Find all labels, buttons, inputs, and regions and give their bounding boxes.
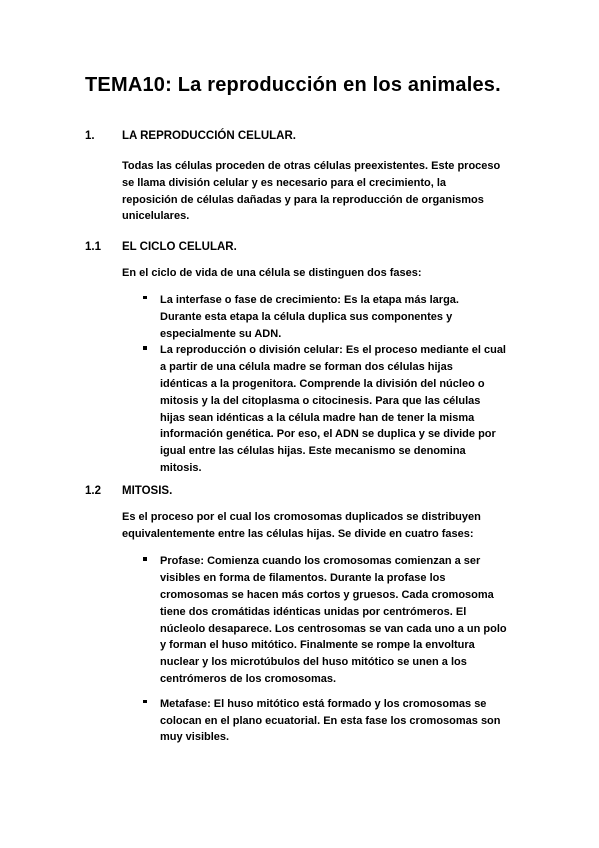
bullet-square-icon bbox=[143, 292, 160, 300]
list-item: Metafase: El huso mitótico está formado … bbox=[143, 696, 571, 746]
bullet-square-icon bbox=[143, 553, 160, 561]
bullet-list-ciclo-celular: La interfase o fase de crecimiento: Es l… bbox=[143, 292, 571, 477]
section-heading-row: 1.1 EL CICLO CELULAR. bbox=[85, 239, 571, 256]
bullet-list-mitosis: Profase: Comienza cuando los cromosomas … bbox=[143, 553, 571, 746]
bullet-text: Metafase: El huso mitótico está formado … bbox=[160, 696, 501, 746]
section-heading-row: 1.2 MITOSIS. bbox=[85, 483, 571, 500]
section-la-reproduccion-celular: 1. LA REPRODUCCIÓN CELULAR. Todas las cé… bbox=[85, 128, 571, 225]
section-paragraph: Todas las células proceden de otras célu… bbox=[122, 158, 571, 225]
section-number: 1. bbox=[85, 128, 122, 145]
bullet-text: La interfase o fase de crecimiento: Es l… bbox=[160, 292, 459, 342]
bullet-text: La reproducción o división celular: Es e… bbox=[160, 342, 506, 476]
section-mitosis: 1.2 MITOSIS. Es el proceso por el cual l… bbox=[85, 483, 571, 746]
section-heading-row: 1. LA REPRODUCCIÓN CELULAR. bbox=[85, 128, 571, 145]
document-title: TEMA10: La reproducción en los animales. bbox=[85, 72, 571, 99]
list-item: Profase: Comienza cuando los cromosomas … bbox=[143, 553, 571, 687]
section-number: 1.1 bbox=[85, 239, 122, 256]
bullet-square-icon bbox=[143, 696, 160, 704]
document-page: TEMA10: La reproducción en los animales.… bbox=[0, 0, 599, 848]
bullet-square-icon bbox=[143, 342, 160, 350]
section-heading: LA REPRODUCCIÓN CELULAR. bbox=[122, 128, 296, 145]
section-paragraph: Es el proceso por el cual los cromosomas… bbox=[122, 509, 571, 543]
list-item: La interfase o fase de crecimiento: Es l… bbox=[143, 292, 571, 342]
section-el-ciclo-celular: 1.1 EL CICLO CELULAR. En el ciclo de vid… bbox=[85, 239, 571, 477]
document-content: TEMA10: La reproducción en los animales.… bbox=[0, 0, 599, 746]
section-number: 1.2 bbox=[85, 483, 122, 500]
section-paragraph: En el ciclo de vida de una célula se dis… bbox=[122, 265, 571, 282]
section-heading: MITOSIS. bbox=[122, 483, 172, 500]
section-heading: EL CICLO CELULAR. bbox=[122, 239, 237, 256]
bullet-text: Profase: Comienza cuando los cromosomas … bbox=[160, 553, 507, 687]
list-item: La reproducción o división celular: Es e… bbox=[143, 342, 571, 476]
